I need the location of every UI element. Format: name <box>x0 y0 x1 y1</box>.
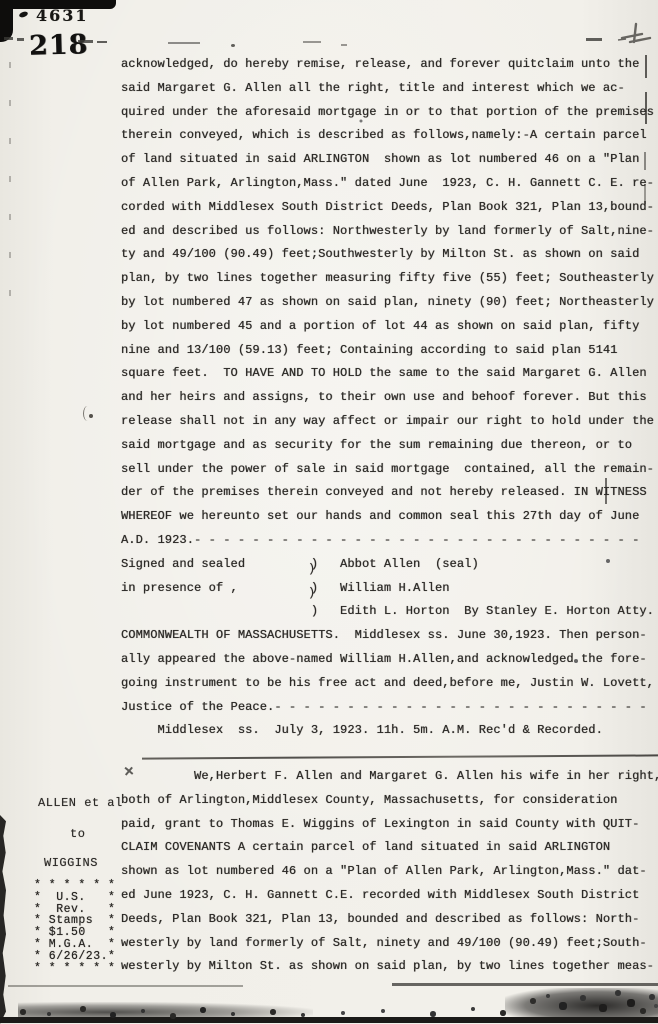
ink-smudge-artifact <box>83 406 92 421</box>
revenue-stamp-notation: * * * * * * * U.S. * * Rev. * * Stamps *… <box>34 880 115 974</box>
dash-artifact <box>586 38 602 41</box>
scan-speckles <box>0 0 2 2</box>
margin-grantee-name: WIGGINS <box>44 856 98 870</box>
dash-artifact <box>168 42 200 44</box>
torn-edge-artifact <box>0 815 6 1024</box>
signature-brace: ) <box>308 562 315 576</box>
scan-noise-line <box>392 983 658 986</box>
dash-artifact <box>97 41 107 43</box>
signature-brace: ) <box>308 586 315 600</box>
dash-artifact <box>303 41 321 43</box>
ink-dot-artifact <box>18 11 28 19</box>
deed2-body-text: We,Herbert F. Allen and Margaret G. Alle… <box>121 765 658 979</box>
scanned-deed-page: 4631 218 acknowledged, do hereby remise,… <box>0 0 658 1024</box>
page-number-stamp: 218 <box>29 29 89 62</box>
scan-noise-blob <box>505 988 658 1020</box>
margin-to-label: to <box>70 827 85 841</box>
deed1-body-text: acknowledged, do hereby remise, release,… <box>121 53 654 743</box>
scan-edge-band <box>0 1017 658 1023</box>
section-separator-rule <box>142 754 658 759</box>
dash-artifact <box>17 38 24 41</box>
dash-artifact <box>231 44 235 47</box>
document-number: 4631 <box>36 6 89 25</box>
corner-stain-artifact <box>0 0 13 42</box>
dash-artifact <box>78 40 93 43</box>
scan-noise-line <box>8 985 243 987</box>
fold-line-artifact <box>9 62 11 312</box>
pencil-mark-artifact <box>616 20 656 54</box>
margin-grantor-name: ALLEN et al <box>38 796 123 810</box>
dash-artifact <box>4 37 13 40</box>
dash-artifact <box>341 44 347 46</box>
